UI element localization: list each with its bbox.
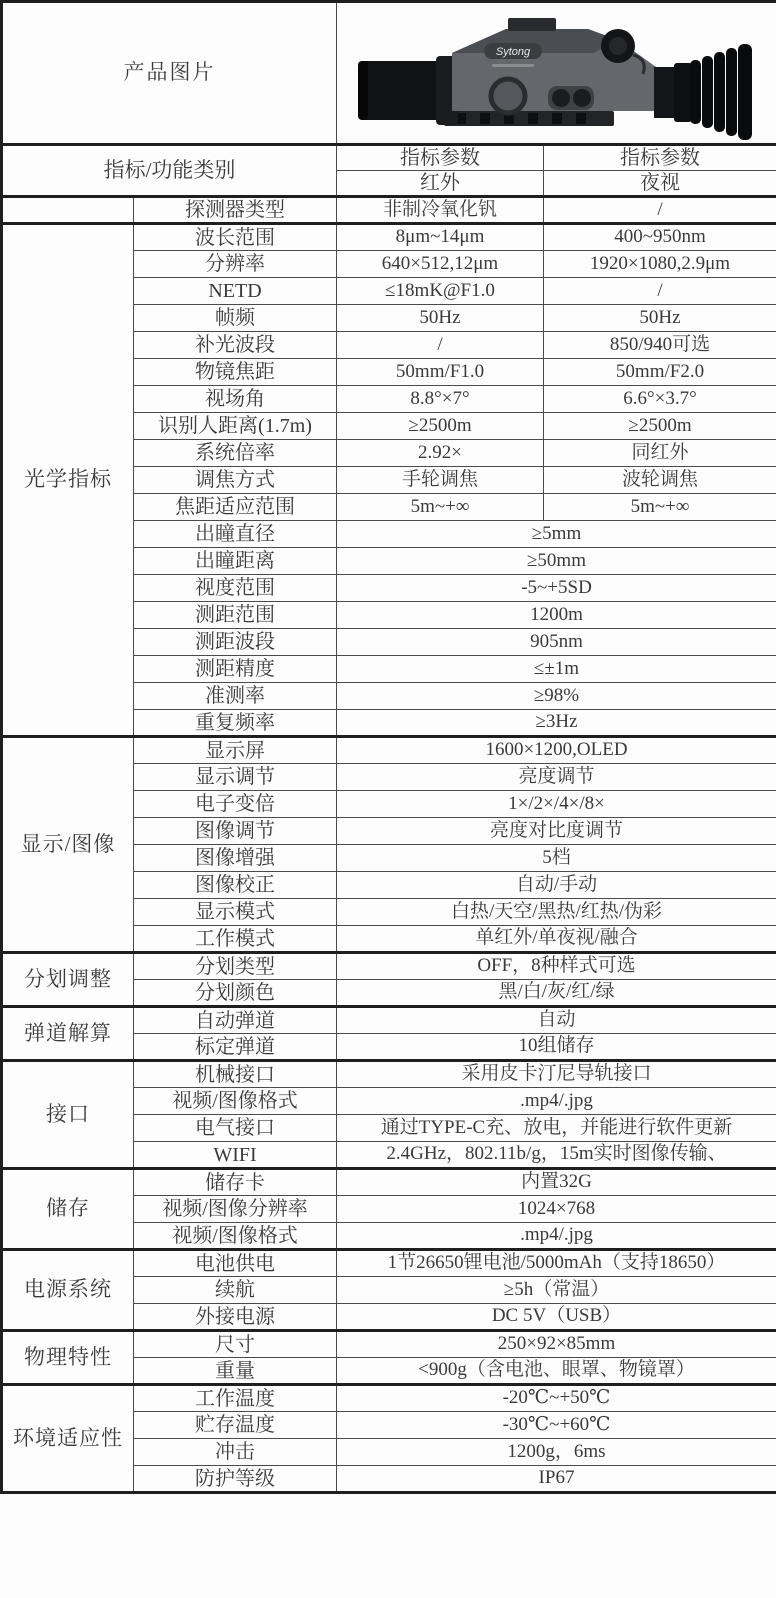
param-value-ir: 50Hz — [337, 305, 544, 332]
param-value-nv: / — [544, 278, 776, 305]
param-value: .mp4/.jpg — [337, 1088, 776, 1115]
param-value: 亮度调节 — [337, 764, 776, 791]
param-value-nv: 400~950nm — [544, 224, 776, 251]
param-value: 1200m — [337, 602, 776, 629]
param-name: 测距精度 — [134, 656, 337, 683]
param-value: ≥98% — [337, 683, 776, 710]
param-value: -5~+5SD — [337, 575, 776, 602]
param-name: 调焦方式 — [134, 467, 337, 494]
param-value-nv: 5m~+∞ — [544, 494, 776, 521]
param-name: 电子变倍 — [134, 791, 337, 818]
param-header-ir: 指标参数 — [337, 145, 544, 171]
param-name: 物镜焦距 — [134, 359, 337, 386]
column-header-nv: 夜视 — [544, 171, 776, 197]
spec-row: 电源系统电池供电1节26650锂电池/5000mAh（支持18650） — [2, 1250, 776, 1277]
param-value: ≤±1m — [337, 656, 776, 683]
product-photo: Sytong — [356, 8, 758, 142]
product-image-label: 产品图片 — [2, 2, 337, 145]
group-label: 光学指标 — [2, 224, 134, 737]
column-header-ir: 红外 — [337, 171, 544, 197]
param-name: 显示屏 — [134, 737, 337, 764]
param-value-ir: ≤18mK@F1.0 — [337, 278, 544, 305]
product-image-cell: Sytong — [337, 2, 776, 145]
scope-round-button — [491, 79, 525, 113]
param-value-ir: 8μm~14μm — [337, 224, 544, 251]
param-value: ≥3Hz — [337, 710, 776, 737]
param-name: 电气接口 — [134, 1115, 337, 1142]
param-value: 自动/手动 — [337, 872, 776, 899]
param-value-ir: 640×512,12μm — [337, 251, 544, 278]
param-value: 1024×768 — [337, 1196, 776, 1223]
param-name: 探测器类型 — [134, 197, 337, 224]
category-header: 指标/功能类别 — [2, 145, 337, 197]
param-name: 识别人距离(1.7m) — [134, 413, 337, 440]
spec-row: 接口机械接口采用皮卡汀尼导轨接口 — [2, 1061, 776, 1088]
param-name: 出瞳距离 — [134, 548, 337, 575]
param-name: 冲击 — [134, 1439, 337, 1466]
param-name: 视度范围 — [134, 575, 337, 602]
param-name: 自动弹道 — [134, 1007, 337, 1034]
param-name: NETD — [134, 278, 337, 305]
param-name: 视场角 — [134, 386, 337, 413]
param-value: DC 5V（USB） — [337, 1304, 776, 1331]
param-value: IP67 — [337, 1466, 776, 1493]
param-value: 采用皮卡汀尼导轨接口 — [337, 1061, 776, 1088]
param-value-ir: 5m~+∞ — [337, 494, 544, 521]
spec-row: 显示/图像显示屏1600×1200,OLED — [2, 737, 776, 764]
spec-row: 储存储存卡内置32G — [2, 1169, 776, 1196]
param-value: -20℃~+50℃ — [337, 1385, 776, 1412]
param-value: ≥5h（常温） — [337, 1277, 776, 1304]
param-value: .mp4/.jpg — [337, 1223, 776, 1250]
param-name: 电池供电 — [134, 1250, 337, 1277]
param-name: 测距波段 — [134, 629, 337, 656]
param-name: 视频/图像格式 — [134, 1223, 337, 1250]
param-value: 905nm — [337, 629, 776, 656]
param-name: 准测率 — [134, 683, 337, 710]
param-name: 分辨率 — [134, 251, 337, 278]
param-value-nv: 50mm/F2.0 — [544, 359, 776, 386]
spec-row: 光学指标波长范围8μm~14μm400~950nm — [2, 224, 776, 251]
brand-logo: Sytong — [495, 46, 530, 58]
param-value: 2.4GHz，802.11b/g，15m实时图像传输、 — [337, 1142, 776, 1169]
param-value: 通过TYPE-C充、放电，并能进行软件更新 — [337, 1115, 776, 1142]
param-name: 波长范围 — [134, 224, 337, 251]
param-value-nv: 6.6°×3.7° — [544, 386, 776, 413]
param-value-ir: 手轮调焦 — [337, 467, 544, 494]
param-value-ir: 8.8°×7° — [337, 386, 544, 413]
param-value: 白热/天空/黑热/红热/伪彩 — [337, 899, 776, 926]
spec-table-body: 产品图片 — [2, 2, 776, 1493]
param-value: 1200g，6ms — [337, 1439, 776, 1466]
param-name: 续航 — [134, 1277, 337, 1304]
param-name: WIFI — [134, 1142, 337, 1169]
group-label — [2, 197, 134, 224]
param-name: 显示调节 — [134, 764, 337, 791]
param-name: 系统倍率 — [134, 440, 337, 467]
param-value-nv: 50Hz — [544, 305, 776, 332]
param-name: 工作温度 — [134, 1385, 337, 1412]
spec-row: 弹道解算自动弹道自动 — [2, 1007, 776, 1034]
param-value: OFF，8种样式可选 — [337, 953, 776, 980]
param-value: 黑/白/灰/红/绿 — [337, 980, 776, 1007]
param-value-ir: ≥2500m — [337, 413, 544, 440]
param-name: 显示模式 — [134, 899, 337, 926]
param-name: 工作模式 — [134, 926, 337, 953]
param-value: 1×/2×/4×/8× — [337, 791, 776, 818]
scope-adapter-ring — [654, 67, 676, 118]
param-value: 亮度对比度调节 — [337, 818, 776, 845]
param-header-nv: 指标参数 — [544, 145, 776, 171]
param-value-ir: 50mm/F1.0 — [337, 359, 544, 386]
param-value: 自动 — [337, 1007, 776, 1034]
param-name: 焦距适应范围 — [134, 494, 337, 521]
group-label: 储存 — [2, 1169, 134, 1250]
group-label: 接口 — [2, 1061, 134, 1169]
group-label: 电源系统 — [2, 1250, 134, 1331]
param-name: 分划颜色 — [134, 980, 337, 1007]
param-name: 图像校正 — [134, 872, 337, 899]
param-name: 防护等级 — [134, 1466, 337, 1493]
param-value: 1节26650锂电池/5000mAh（支持18650） — [337, 1250, 776, 1277]
param-name: 帧频 — [134, 305, 337, 332]
spec-row: 探测器类型非制冷氧化钒/ — [2, 197, 776, 224]
param-name: 视频/图像分辨率 — [134, 1196, 337, 1223]
param-value-nv: 同红外 — [544, 440, 776, 467]
scope-eyecup — [690, 44, 752, 140]
param-value-nv: 波轮调焦 — [544, 467, 776, 494]
group-label: 分划调整 — [2, 953, 134, 1007]
param-name: 视频/图像格式 — [134, 1088, 337, 1115]
param-value: <900g（含电池、眼罩、物镜罩） — [337, 1358, 776, 1385]
param-value-ir: 2.92× — [337, 440, 544, 467]
param-value: 5档 — [337, 845, 776, 872]
param-name: 图像调节 — [134, 818, 337, 845]
param-name: 贮存温度 — [134, 1412, 337, 1439]
param-name: 外接电源 — [134, 1304, 337, 1331]
param-name: 补光波段 — [134, 332, 337, 359]
param-name: 机械接口 — [134, 1061, 337, 1088]
model-text-blur — [492, 64, 534, 67]
group-label: 环境适应性 — [2, 1385, 134, 1493]
group-label: 弹道解算 — [2, 1007, 134, 1061]
group-label: 显示/图像 — [2, 737, 134, 953]
param-value: -30℃~+60℃ — [337, 1412, 776, 1439]
param-value: 10组储存 — [337, 1034, 776, 1061]
param-value-nv: 850/940可选 — [544, 332, 776, 359]
spec-row: 分划调整分划类型OFF，8种样式可选 — [2, 953, 776, 980]
param-name: 图像增强 — [134, 845, 337, 872]
param-value-nv: / — [544, 197, 776, 224]
param-value-nv: 1920×1080,2.9μm — [544, 251, 776, 278]
spec-table: 产品图片 — [0, 0, 776, 1494]
scope-top-sight — [508, 18, 556, 31]
param-name: 尺寸 — [134, 1331, 337, 1358]
param-value: ≥50mm — [337, 548, 776, 575]
spec-row: 物理特性尺寸250×92×85mm — [2, 1331, 776, 1358]
param-value-ir: / — [337, 332, 544, 359]
param-name: 标定弹道 — [134, 1034, 337, 1061]
param-value: ≥5mm — [337, 521, 776, 548]
spec-row: 环境适应性工作温度-20℃~+50℃ — [2, 1385, 776, 1412]
group-label: 物理特性 — [2, 1331, 134, 1385]
param-name: 重量 — [134, 1358, 337, 1385]
param-name: 储存卡 — [134, 1169, 337, 1196]
param-value: 250×92×85mm — [337, 1331, 776, 1358]
param-name: 测距范围 — [134, 602, 337, 629]
param-value-ir: 非制冷氧化钒 — [337, 197, 544, 224]
param-value: 单红外/单夜视/融合 — [337, 926, 776, 953]
spec-sheet: 产品图片 — [0, 0, 776, 1598]
param-name: 出瞳直径 — [134, 521, 337, 548]
param-name: 重复频率 — [134, 710, 337, 737]
param-name: 分划类型 — [134, 953, 337, 980]
param-value: 内置32G — [337, 1169, 776, 1196]
param-value: 1600×1200,OLED — [337, 737, 776, 764]
param-value-nv: ≥2500m — [544, 413, 776, 440]
